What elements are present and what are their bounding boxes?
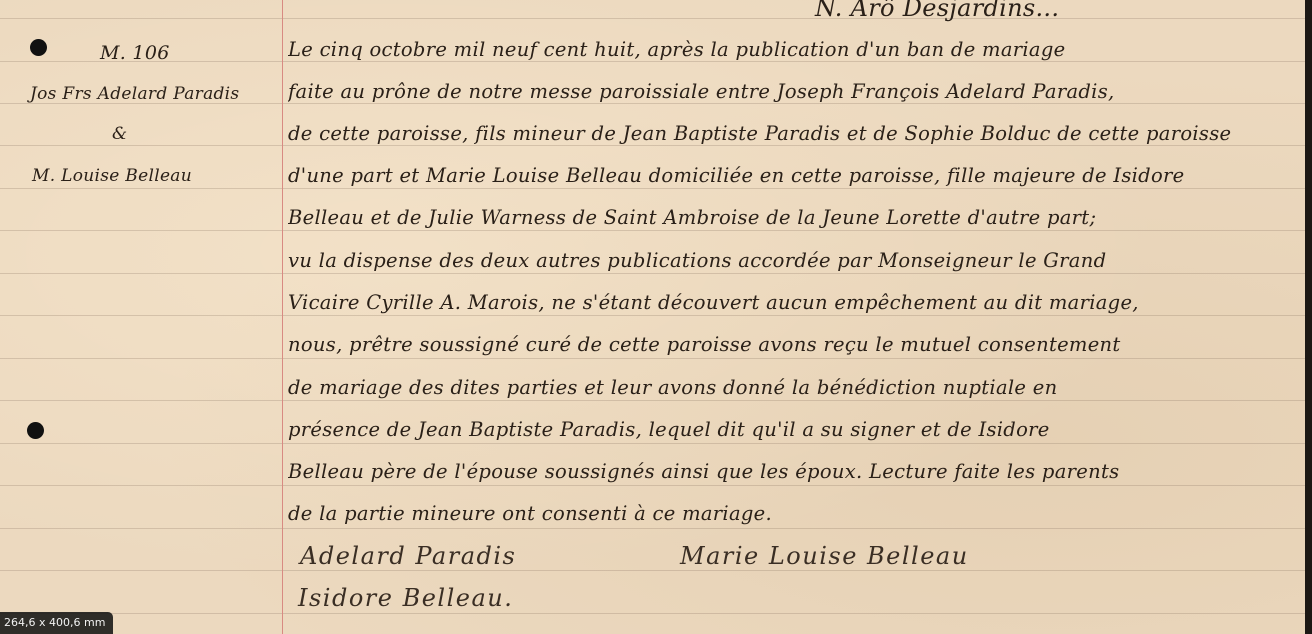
entry-number: M. 106 — [100, 42, 170, 64]
record-line: Belleau père de l'épouse soussignés ains… — [288, 460, 1298, 483]
record-line: d'une part et Marie Louise Belleau domic… — [288, 164, 1298, 187]
margin-bride-name: M. Louise Belleau — [32, 166, 192, 186]
record-line: de mariage des dites parties et leur avo… — [288, 376, 1298, 399]
ruled-line — [0, 358, 1305, 359]
dimension-badge: 264,6 x 400,6 mm — [0, 612, 113, 634]
punch-hole — [30, 39, 47, 56]
ruled-line — [0, 61, 1305, 62]
red-margin-rule — [282, 0, 283, 634]
ruled-line — [0, 188, 1305, 189]
record-line: Belleau et de Julie Warness de Saint Amb… — [288, 206, 1298, 229]
signature-witness: Isidore Belleau. — [298, 584, 513, 612]
record-line: de cette paroisse, fils mineur de Jean B… — [288, 122, 1298, 145]
ruled-line — [0, 443, 1305, 444]
record-line: Vicaire Cyrille A. Marois, ne s'étant dé… — [288, 291, 1298, 314]
ruled-line — [0, 18, 1305, 19]
signature-bride: Marie Louise Belleau — [680, 542, 969, 570]
ruled-line — [0, 528, 1305, 529]
ruled-line — [0, 570, 1305, 571]
punch-hole — [27, 422, 44, 439]
margin-groom-name: Jos Frs Adelard Paradis — [30, 84, 239, 104]
ruled-line — [0, 613, 1305, 614]
record-line: vu la dispense des deux autres publicati… — [288, 249, 1298, 272]
ruled-line — [0, 273, 1305, 274]
header-fragment: N. Arô Desjardins... — [815, 0, 1059, 22]
ruled-line — [0, 315, 1305, 316]
ruled-line — [0, 145, 1305, 146]
signature-groom: Adelard Paradis — [300, 542, 516, 570]
margin-ampersand: & — [112, 124, 127, 144]
page-edge-shadow — [1305, 0, 1312, 634]
ruled-line — [0, 400, 1305, 401]
record-line: nous, prêtre soussigné curé de cette par… — [288, 333, 1298, 356]
register-page-scan: N. Arô Desjardins... M. 106 Jos Frs Adel… — [0, 0, 1305, 634]
record-line: faite au prône de notre messe paroissial… — [288, 80, 1298, 103]
image-viewer: N. Arô Desjardins... M. 106 Jos Frs Adel… — [0, 0, 1312, 634]
record-line: de la partie mineure ont consenti à ce m… — [288, 502, 1298, 525]
record-line: présence de Jean Baptiste Paradis, leque… — [288, 418, 1298, 441]
record-line: Le cinq octobre mil neuf cent huit, aprè… — [288, 38, 1298, 61]
ruled-line — [0, 485, 1305, 486]
ruled-line — [0, 230, 1305, 231]
